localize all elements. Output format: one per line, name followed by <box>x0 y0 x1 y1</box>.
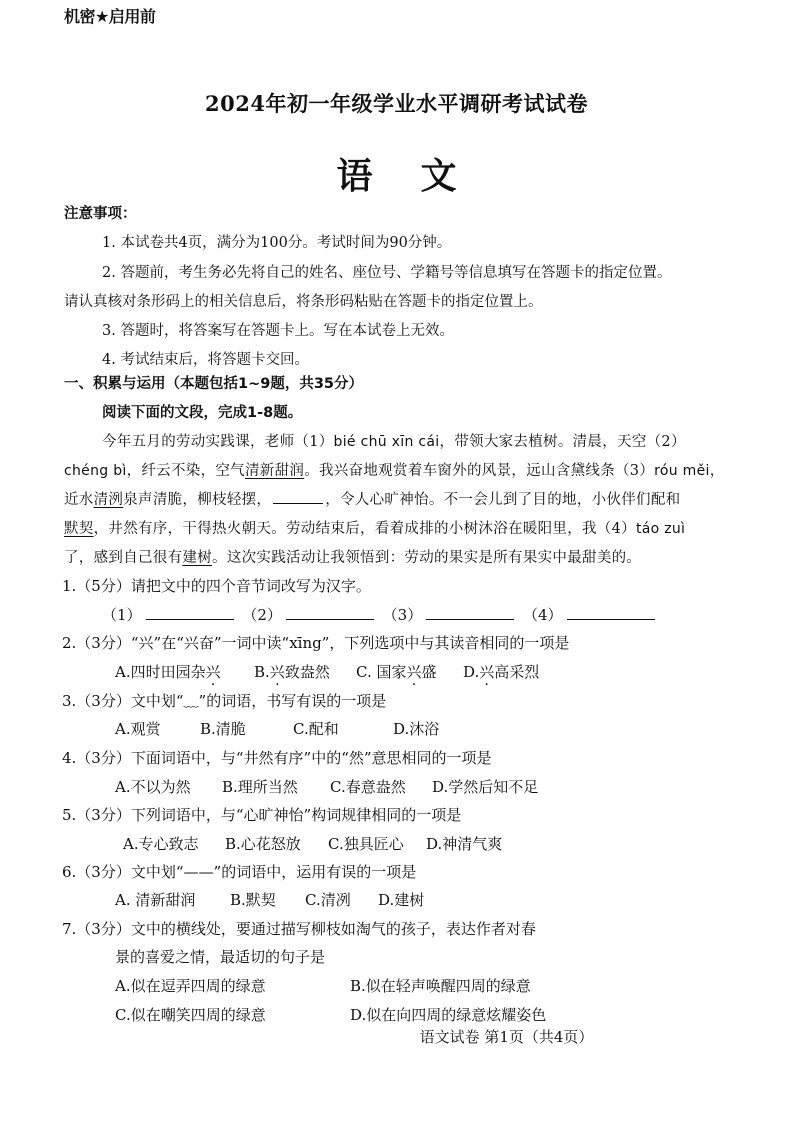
notice-item: 请认真核对条形码上的相关信息后，将条形码粘贴在答题卡的指定位置上。 <box>64 290 543 311</box>
question-2-stem: 2.（3分）“兴”在“兴奋”一词中读“xīng”，下列选项中与其读音相同的一项是 <box>62 632 569 653</box>
notice-item: 3. 答题时，将答案写在答题卡上。写在本试卷上无效。 <box>102 319 454 340</box>
question-5-option-b: B.心花怒放 <box>225 833 301 854</box>
question-6-stem: 6.（3分）文中划“——”的词语中，运用有误的一项是 <box>62 861 416 882</box>
question-5-option-d: D.神清气爽 <box>426 833 502 854</box>
exam-title: 2024年初一年级学业水平调研考试试卷 <box>0 88 793 118</box>
subject-title: 语文 <box>0 148 793 199</box>
passage-line: 近水清洌泉声清脆，柳枝轻摆，，令人心旷神怡。不一会儿到了目的地，小伙伴们配和 <box>64 488 680 509</box>
underlined-word: 建树 <box>182 550 212 566</box>
pinyin-4: táo zuì <box>636 521 685 537</box>
question-7-option-d: D.似在向四周的绿意炫耀姿色 <box>350 1004 546 1025</box>
question-6-option-c: C.清冽 <box>305 889 351 910</box>
pinyin-1: bié chū xīn cái <box>334 434 440 450</box>
answer-blank <box>426 607 514 620</box>
question-4-option-b: B.理所当然 <box>222 776 298 797</box>
question-7-option-b: B.似在轻声唤醒四周的绿意 <box>350 975 531 996</box>
pinyin-3: róu měi <box>654 463 710 479</box>
question-4-option-c: C.春意盎然 <box>330 776 406 797</box>
underlined-word: 清洌 <box>94 492 124 508</box>
question-7-stem: 7.（3分）文中的横线处，要通过描写柳枝如淘气的孩子，表达作者对春 <box>62 918 536 939</box>
question-2-option-d: D.兴高采烈 <box>463 661 539 682</box>
page-footer: 语文试卷 第1页（共4页） <box>110 1026 793 1047</box>
question-3-stem: 3.（3分）文中划“﹏”的词语，书写有误的一项是 <box>62 690 386 711</box>
subject-char: 文 <box>421 148 457 199</box>
answer-blank <box>286 607 374 620</box>
passage-line: 默契，井然有序，干得热火朝天。劳动结束后，看着成排的小树沐浴在暖阳里，我（4）t… <box>64 517 685 538</box>
question-3-option-b: B.清脆 <box>200 718 246 739</box>
question-3-option-d: D.沐浴 <box>393 718 439 739</box>
reading-instruction: 阅读下面的文段，完成1-8题。 <box>102 401 302 422</box>
question-2-option-a: A.四时田园杂兴 <box>115 661 221 682</box>
notice-item: 1. 本试卷共4页，满分为100分。考试时间为90分钟。 <box>102 231 451 252</box>
underlined-word: 默契 <box>64 521 94 537</box>
question-7-option-c: C.似在嘲笑四周的绿意 <box>115 1004 266 1025</box>
underlined-word: 清新甜润 <box>245 463 304 479</box>
question-4-stem: 4.（3分）下面词语中，与“井然有序”中的“然”意思相同的一项是 <box>62 747 492 768</box>
question-6-option-a: A. 清新甜润 <box>115 889 195 910</box>
question-2-option-b: B.兴致盎然 <box>254 661 330 682</box>
passage-line: chéng bì，纤云不染，空气清新甜润。我兴奋地观赏着车窗外的风景，远山含黛线… <box>64 459 725 480</box>
passage-line: 今年五月的劳动实践课，老师（1）bié chū xīn cái，带领大家去植树。… <box>102 430 686 451</box>
question-3-option-a: A.观赏 <box>115 718 161 739</box>
question-6-option-b: B.默契 <box>230 889 276 910</box>
question-5-stem: 5.（3分）下列词语中，与“心旷神怡”构词规律相同的一项是 <box>62 804 461 825</box>
question-4-option-d: D.学然后知不足 <box>432 776 538 797</box>
notice-heading: 注意事项： <box>64 202 137 223</box>
question-5-option-c: C.独具匠心 <box>328 833 404 854</box>
notice-item: 4. 考试结束后，将答题卡交回。 <box>102 348 309 369</box>
answer-blank <box>146 607 234 620</box>
fill-blank <box>273 491 323 504</box>
pinyin-2: chéng bì <box>64 463 127 479</box>
question-3-option-c: C.配和 <box>293 718 339 739</box>
question-4-option-a: A.不以为然 <box>115 776 191 797</box>
question-6-option-d: D.建树 <box>378 889 424 910</box>
question-2-option-c: C. 国家兴盛 <box>356 661 437 682</box>
question-1-stem: 1.（5分）请把文中的四个音节词改写为汉字。 <box>62 575 371 596</box>
question-7-stem-cont: 景的喜爱之情，最适切的句子是 <box>115 946 325 967</box>
notice-item: 2. 答题前，考生务必先将自己的姓名、座位号、学籍号等信息填写在答题卡的指定位置… <box>102 261 671 282</box>
passage-line: 了，感到自己很有建树。这次实践活动让我领悟到：劳动的果实是所有果实中最甜美的。 <box>64 546 641 567</box>
question-1-answer-blanks: （1） （2） （3） （4） <box>102 604 659 625</box>
section-heading: 一、积累与运用（本题包括1~9题，共35分） <box>64 372 363 393</box>
confidential-label: 机密★启用前 <box>64 4 155 27</box>
question-7-option-a: A.似在逗弄四周的绿意 <box>115 975 266 996</box>
subject-char: 语 <box>336 148 372 199</box>
answer-blank <box>567 607 655 620</box>
question-5-option-a: A.专心致志 <box>123 833 199 854</box>
